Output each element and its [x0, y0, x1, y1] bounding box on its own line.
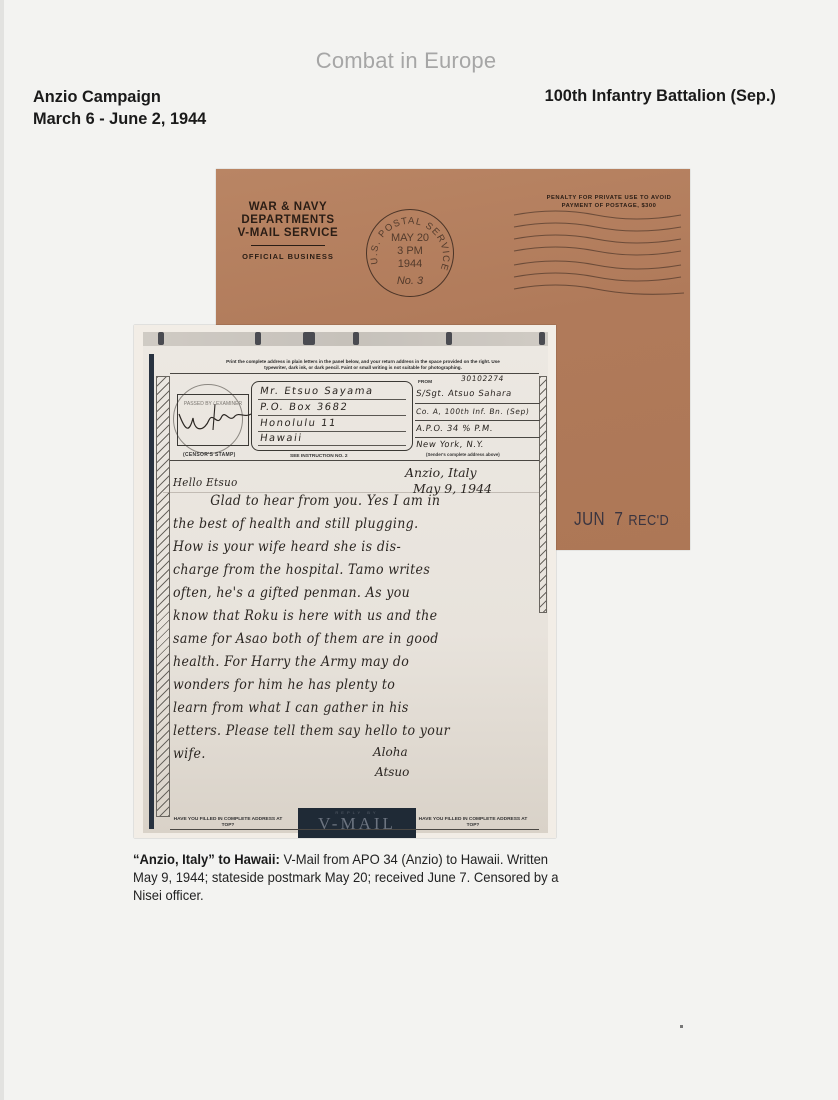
cancel-wave-lines-icon: [506, 209, 686, 299]
footer-reminder-right: HAVE YOU FILLED IN COMPLETE ADDRESS AT T…: [418, 817, 528, 829]
footer-reminder-left: HAVE YOU FILLED IN COMPLETE ADDRESS AT T…: [173, 817, 283, 829]
body-line: charge from the hospital. Tamo writes: [173, 559, 526, 582]
registration-mark-icon: [446, 332, 452, 345]
body-line: wife.: [173, 743, 526, 766]
letter-body: Hello Etsuo Glad to hear from you. Yes I…: [173, 464, 553, 766]
sender-apo: A.P.O. 34 % P.M.: [415, 424, 493, 434]
recipient-address-box: Mr. Etsuo Sayama P.O. Box 3682 Honolulu …: [251, 381, 413, 451]
censor-signature-icon: [175, 400, 255, 440]
body-line: learn from what I can gather in his: [173, 697, 526, 720]
received-stamp: JUN 7REC'D: [574, 509, 669, 530]
body-line: How is your wife heard she is dis-: [173, 536, 526, 559]
registration-mark-icon: [303, 332, 315, 345]
postmark-day: MAY 20: [367, 232, 453, 245]
from-label: FROM: [418, 380, 432, 385]
registration-mark-icon: [539, 332, 545, 345]
registration-mark-icon: [255, 332, 261, 345]
postmark-year: 1944: [367, 258, 453, 271]
campaign-heading: Anzio Campaign March 6 - June 2, 1944: [33, 86, 206, 130]
recipient-street: P.O. Box 3682: [259, 402, 349, 413]
letter-photo: Print the complete address in plain lett…: [143, 332, 548, 833]
address-line-rule: [415, 437, 540, 438]
page-edge: [0, 0, 4, 1100]
postmark-stamp: U.S. POSTAL SERVICE MAY 20 3 PM 1944 No.…: [366, 209, 454, 297]
received-label: REC'D: [628, 512, 669, 529]
recipient-territory: Hawaii: [259, 433, 303, 444]
address-line-rule: [258, 431, 406, 432]
penalty-line: PENALTY FOR PRIVATE USE TO AVOID: [534, 194, 684, 202]
postmark-date: MAY 20 3 PM 1944 No. 3: [367, 232, 453, 288]
body-line: know that Roku is here with us and the: [173, 605, 526, 628]
closing: Aloha: [373, 742, 409, 762]
signature: Atsuo: [375, 762, 409, 782]
recipient-name: Mr. Etsuo Sayama: [259, 386, 374, 397]
censor-stamp-label: (CENSOR'S STAMP): [183, 452, 236, 458]
address-line-rule: [415, 420, 540, 421]
rule: [170, 829, 539, 830]
header-line: DEPARTMENTS: [228, 214, 348, 227]
postmark-station: No. 3: [367, 275, 453, 288]
campaign-dates: March 6 - June 2, 1944: [33, 108, 206, 130]
registration-mark-icon: [353, 332, 359, 345]
body-line: Glad to hear from you. Yes I am in: [173, 490, 526, 513]
body-line: the best of health and still plugging.: [173, 513, 526, 536]
letter-signoff: Aloha Atsuo: [373, 742, 409, 782]
salutation: Hello Etsuo: [173, 476, 526, 490]
vmail-logo-text: V-MAIL: [298, 815, 416, 833]
address-line-rule: [258, 445, 406, 446]
header-line: WAR & NAVY: [228, 201, 348, 214]
official-business: OFFICIAL BUSINESS: [228, 250, 348, 263]
sender-city: New York, N.Y.: [415, 440, 484, 450]
campaign-name: Anzio Campaign: [33, 86, 206, 108]
envelope-header: WAR & NAVY DEPARTMENTS V-MAIL SERVICE OF…: [228, 201, 348, 263]
header-rule: [251, 245, 325, 246]
address-line-rule: [258, 399, 406, 400]
address-line-rule: [415, 403, 540, 404]
body-line: same for Asao both of them are in good: [173, 628, 526, 651]
exhibit-caption: “Anzio, Italy” to Hawaii: V-Mail from AP…: [133, 850, 561, 904]
caption-title: “Anzio, Italy” to Hawaii:: [133, 851, 280, 867]
see-instruction: SEE INSTRUCTION NO. 2: [290, 454, 348, 459]
recipient-city: Honolulu 11: [259, 418, 337, 429]
registration-mark-icon: [158, 332, 164, 345]
address-line-rule: [258, 415, 406, 416]
section-title: Combat in Europe: [0, 48, 812, 74]
received-date: JUN 7: [574, 509, 623, 529]
postmark-time: 3 PM: [367, 245, 453, 258]
left-border-bar: [149, 354, 154, 829]
penalty-notice: PENALTY FOR PRIVATE USE TO AVOID PAYMENT…: [534, 194, 684, 210]
header-line: V-MAIL SERVICE: [228, 227, 348, 240]
paper-speck: [680, 1025, 683, 1028]
service-number: 30102274: [460, 374, 504, 383]
vmail-logo: REPLY BY V-MAIL: [298, 808, 416, 838]
sender-note: (Sender's complete address above): [426, 452, 500, 457]
rule: [170, 460, 539, 461]
registration-strip: [143, 332, 548, 346]
body-line: often, he's a gifted penman. As you: [173, 582, 526, 605]
left-hatch-border: [156, 376, 170, 817]
unit-heading: 100th Infantry Battalion (Sep.): [545, 86, 776, 106]
body-line: letters. Please tell them say hello to y…: [173, 720, 526, 743]
body-line: health. For Harry the Army may do: [173, 651, 526, 674]
body-line: wonders for him he has plenty to: [173, 674, 526, 697]
address-instructions: Print the complete address in plain lett…: [218, 359, 508, 371]
sender-name: S/Sgt. Atsuo Sahara: [415, 389, 512, 399]
sender-unit: Co. A, 100th Inf. Bn. (Sep): [415, 407, 530, 416]
vmail-letter: Print the complete address in plain lett…: [134, 325, 556, 838]
